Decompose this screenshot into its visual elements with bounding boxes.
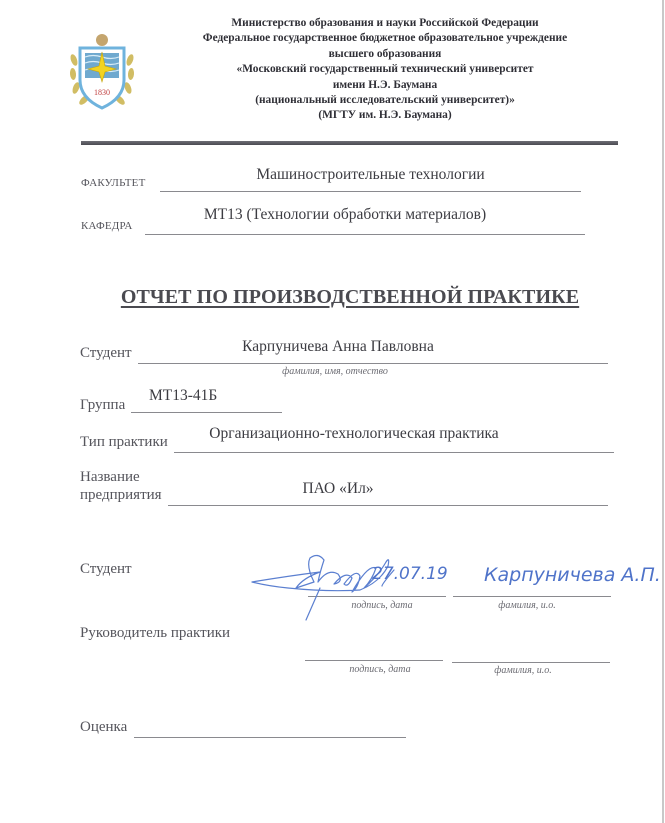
enterprise-line: [168, 505, 608, 506]
grade-line[interactable]: [134, 737, 406, 738]
practice-type-line: [174, 452, 614, 453]
department-value[interactable]: МТ13 (Технологии обработки материалов): [145, 206, 545, 224]
supervisor-name-line[interactable]: [452, 662, 610, 663]
header-line: «Московский государственный технический …: [175, 62, 595, 77]
supervisor-signature-line[interactable]: [305, 660, 443, 661]
grade-label: Оценка: [80, 719, 127, 736]
supervisor-name-hint: фамилия, и.о.: [459, 665, 587, 676]
header-line: (национальный исследовательский универси…: [175, 93, 595, 108]
practice-type-label: Тип практики: [80, 434, 168, 451]
student-name-line: [453, 596, 611, 597]
student-value[interactable]: Карпуничева Анна Павловна: [138, 338, 538, 356]
signature-name: Карпуничева А.П.: [484, 564, 661, 586]
student-name-hint: фамилия, и.о.: [463, 600, 591, 611]
enterprise-label-line1: Название: [80, 469, 140, 486]
header-line: имени Н.Э. Баумана: [175, 78, 595, 93]
student-signature-label: Студент: [80, 561, 132, 578]
group-value[interactable]: МТ13-41Б: [149, 387, 217, 405]
group-line: [131, 412, 282, 413]
page-title: ОТЧЕТ ПО ПРОИЗВОДСТВЕННОЙ ПРАКТИКЕ: [60, 286, 640, 309]
university-crest-icon: 1830: [68, 30, 136, 112]
enterprise-label-line2: предприятия: [80, 487, 162, 504]
faculty-line: [160, 191, 581, 192]
student-signature-hint: подпись, дата: [318, 600, 446, 611]
faculty-label: ФАКУЛЬТЕТ: [81, 177, 146, 189]
student-hint: фамилия, имя, отчество: [230, 366, 440, 377]
student-label: Студент: [80, 345, 132, 362]
supervisor-label: Руководитель практики: [80, 625, 230, 642]
header-line: (МГТУ им. Н.Э. Баумана): [175, 108, 595, 123]
handwritten-signature: 27.07.19 Карпуничева А.П.: [248, 548, 664, 624]
signature-date: 27.07.19: [372, 564, 448, 584]
department-line: [145, 234, 585, 235]
student-line: [138, 363, 608, 364]
student-signature-line: [308, 596, 446, 597]
page-edge: [662, 0, 664, 823]
enterprise-value[interactable]: ПАО «Ил»: [168, 480, 508, 498]
practice-type-value[interactable]: Организационно-технологическая практика: [174, 425, 534, 443]
faculty-value[interactable]: Машиностроительные технологии: [160, 166, 581, 184]
supervisor-signature-hint: подпись, дата: [316, 664, 444, 675]
header-line: Федеральное государственное бюджетное об…: [175, 31, 595, 46]
header-divider: [81, 141, 618, 145]
department-label: КАФЕДРА: [81, 220, 133, 232]
header-line: высшего образования: [175, 47, 595, 62]
group-label: Группа: [80, 397, 125, 414]
institution-header: Министерство образования и науки Российс…: [175, 16, 595, 124]
svg-text:1830: 1830: [94, 88, 110, 97]
header-line: Министерство образования и науки Российс…: [175, 16, 595, 31]
